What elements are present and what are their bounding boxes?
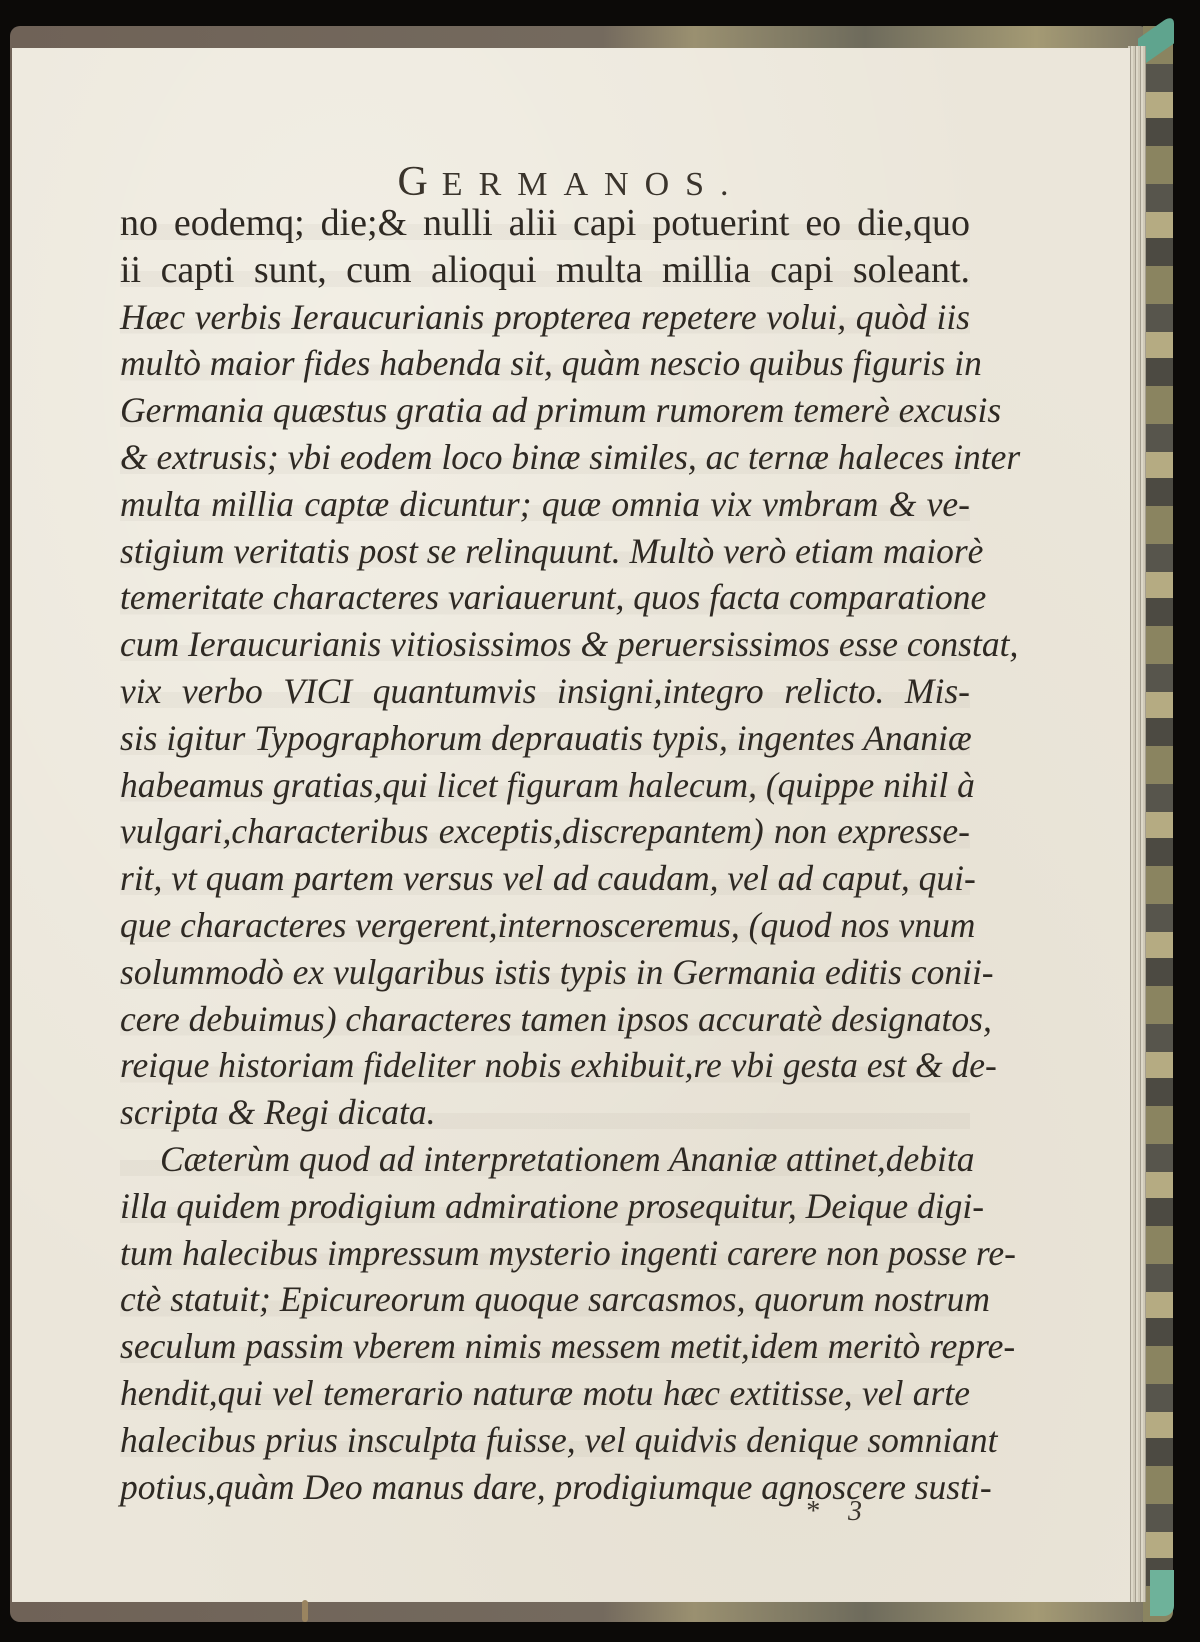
marbled-cover-fore-edge bbox=[1143, 26, 1173, 1622]
text-line: solummodò ex vulgaribus istis typis in G… bbox=[120, 949, 970, 996]
text-line: hendit,qui vel temerario naturæ motu hæc… bbox=[120, 1370, 970, 1417]
book-page: GERMANOS. no eodemq; die;& nulli alii ca… bbox=[12, 48, 1130, 1602]
text-line: multa millia captæ dicuntur; quæ omnia v… bbox=[120, 481, 970, 528]
page-edges bbox=[1128, 46, 1146, 1602]
running-head-initial: G bbox=[397, 159, 441, 205]
text-line: halecibus prius insculpta fuisse, vel qu… bbox=[120, 1417, 970, 1464]
text-line: habeamus gratias,qui licet figuram halec… bbox=[120, 762, 970, 809]
cover-corner-bottom bbox=[1150, 1570, 1174, 1616]
text-line: cum Ieraucurianis vitiosissimos & peruer… bbox=[120, 621, 970, 668]
text-line: Germania quæstus gratia ad primum rumore… bbox=[120, 387, 970, 434]
text-line: & extrusis; vbi eodem loco binæ similes,… bbox=[120, 434, 970, 481]
body-text: no eodemq; die;& nulli alii capi potueri… bbox=[120, 200, 970, 1510]
paper-stain bbox=[302, 1600, 308, 1622]
text-line: multò maior fides habenda sit, quàm nesc… bbox=[120, 340, 970, 387]
text-line: sis igitur Typographorum deprauatis typi… bbox=[120, 715, 970, 762]
text-line: Hæc verbis Ieraucurianis propterea repet… bbox=[120, 294, 970, 341]
text-line: vulgari,characteribus exceptis,discrepan… bbox=[120, 808, 970, 855]
text-line: ii capti sunt, cum alioqui multa millia … bbox=[120, 247, 970, 294]
text-line: no eodemq; die;& nulli alii capi potueri… bbox=[120, 200, 970, 247]
text-line: vix verbo VICI quantumvis insigni,integr… bbox=[120, 668, 970, 715]
text-line: illa quidem prodigium admiratione proseq… bbox=[120, 1183, 970, 1230]
text-line: que characteres vergerent,internosceremu… bbox=[120, 902, 970, 949]
signature-mark: * bbox=[805, 1496, 819, 1528]
paragraph-end-line: scripta & Regi dicata. bbox=[120, 1089, 970, 1136]
text-line: ctè statuit; Epicureorum quoque sarcasmo… bbox=[120, 1276, 970, 1323]
text-line: cere debuimus) characteres tamen ipsos a… bbox=[120, 996, 970, 1043]
text-line: seculum passim vberem nimis messem metit… bbox=[120, 1323, 970, 1370]
signature-number: 3 bbox=[848, 1496, 862, 1528]
text-line: tum halecibus impressum mysterio ingenti… bbox=[120, 1230, 970, 1277]
running-head-rest: ERMANOS. bbox=[442, 166, 745, 203]
paragraph-start-line: Cæterùm quod ad interpretationem Ananiæ … bbox=[120, 1136, 970, 1183]
text-line: temeritate characteres variauerunt, quos… bbox=[120, 574, 970, 621]
text-line: potius,quàm Deo manus dare, prodigiumque… bbox=[120, 1464, 970, 1511]
text-line: stigium veritatis post se relinquunt. Mu… bbox=[120, 528, 970, 575]
running-head: GERMANOS. bbox=[12, 158, 1130, 206]
text-line: reique historiam fideliter nobis exhibui… bbox=[120, 1042, 970, 1089]
text-line: rit, vt quam partem versus vel ad caudam… bbox=[120, 855, 970, 902]
